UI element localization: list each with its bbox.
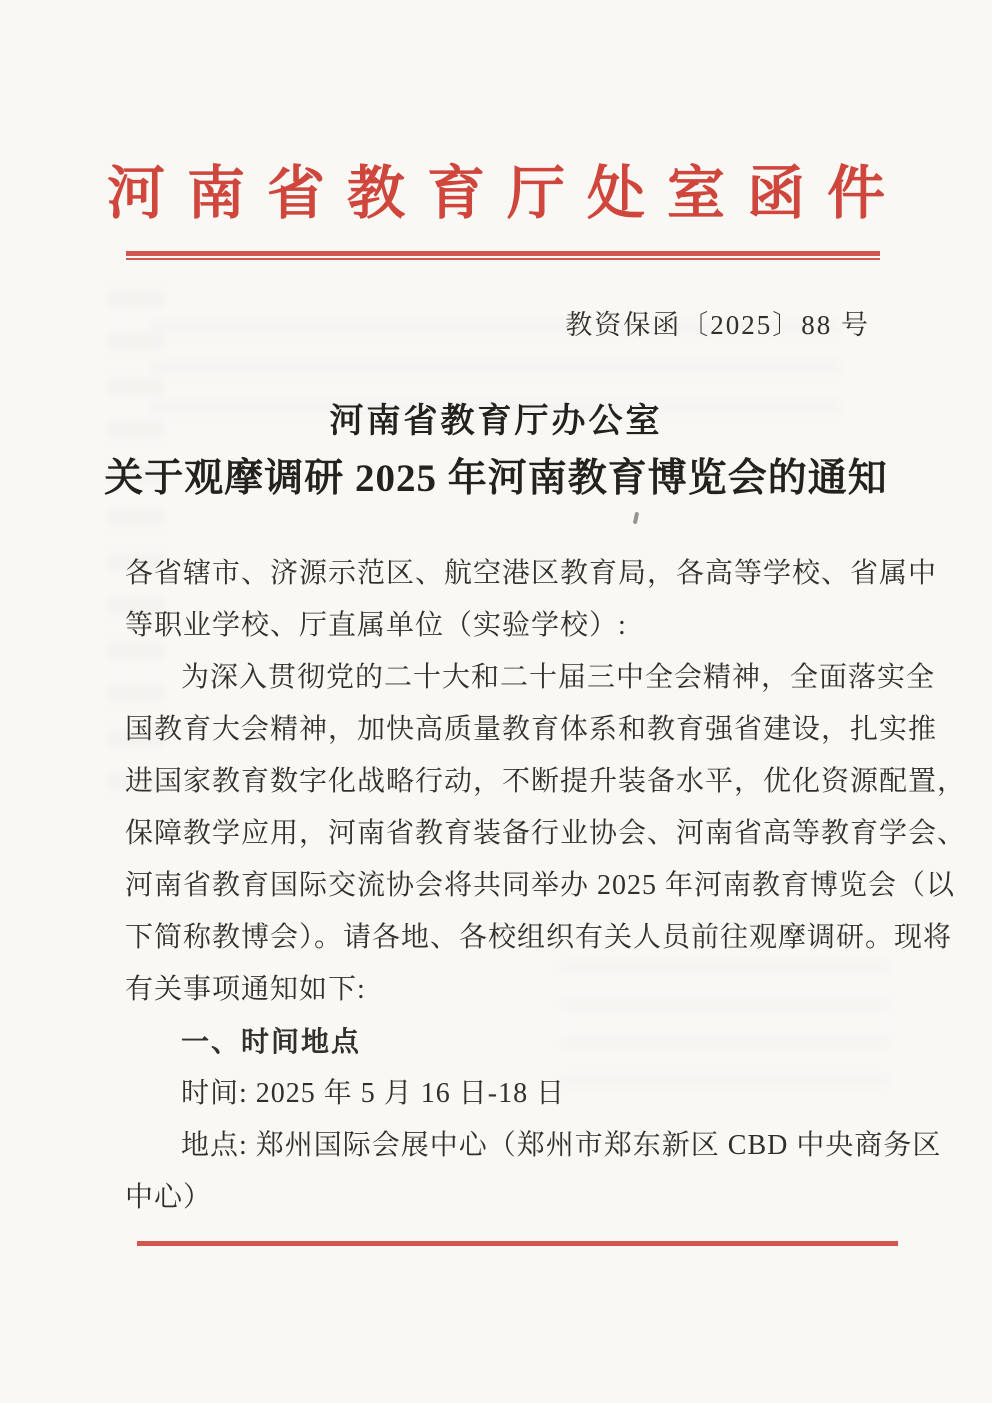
body-line: 中心） bbox=[125, 1172, 885, 1224]
letterhead-divider-thick-line bbox=[126, 251, 880, 256]
body-line: 为深入贯彻党的二十大和二十届三中全会精神，全面落实全 bbox=[125, 652, 885, 704]
document-title-line1: 河南省教育厅办公室 bbox=[0, 393, 992, 442]
body-line: 进国家教育数字化战略行动，不断提升装备水平，优化资源配置， bbox=[125, 756, 885, 808]
document-body: 各省辖市、济源示范区、航空港区教育局，各高等学校、省属中等职业学校、厅直属单位（… bbox=[125, 548, 885, 1224]
body-line: 各省辖市、济源示范区、航空港区教育局，各高等学校、省属中 bbox=[125, 548, 885, 600]
scan-speck bbox=[633, 512, 639, 525]
body-line: 等职业学校、厅直属单位（实验学校）: bbox=[125, 600, 885, 652]
body-line: 河南省教育国际交流协会将共同举办 2025 年河南教育博览会（以 bbox=[125, 860, 885, 912]
body-line: 保障教学应用，河南省教育装备行业协会、河南省高等教育学会、 bbox=[125, 808, 885, 860]
letterhead-divider-thin-line bbox=[126, 258, 880, 260]
body-line: 下简称教博会）。请各地、各校组织有关人员前往观摩调研。现将 bbox=[125, 912, 885, 964]
letterhead-title: 河南省教育厅处室函件 bbox=[0, 146, 992, 230]
document-title-line2: 关于观摩调研 2025 年河南教育博览会的通知 bbox=[0, 447, 992, 503]
letterhead-divider bbox=[126, 251, 880, 260]
body-line: 地点: 郑州国际会展中心（郑州市郑东新区 CBD 中央商务区 bbox=[125, 1120, 885, 1172]
section-heading: 一、时间地点 bbox=[125, 1016, 885, 1068]
body-line: 有关事项通知如下: bbox=[125, 964, 885, 1016]
body-line: 时间: 2025 年 5 月 16 日-18 日 bbox=[125, 1068, 885, 1120]
footer-divider bbox=[137, 1241, 898, 1246]
document-number: 教资保函〔2025〕88 号 bbox=[565, 303, 870, 342]
scanned-official-letter: 河南省教育厅处室函件 教资保函〔2025〕88 号 河南省教育厅办公室 关于观摩… bbox=[0, 0, 992, 1403]
body-line: 国教育大会精神，加快高质量教育体系和教育强省建设，扎实推 bbox=[125, 704, 885, 756]
